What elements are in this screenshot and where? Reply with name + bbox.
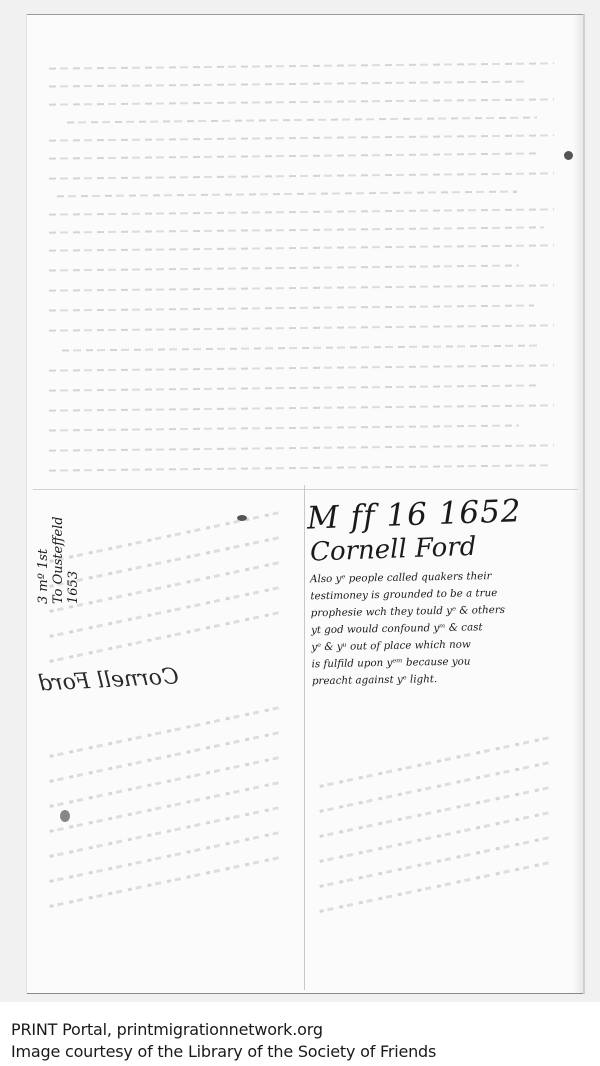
fold-crease-horizontal <box>33 489 578 490</box>
mirror-line <box>49 610 284 663</box>
ink-blot <box>564 151 573 160</box>
docket-line: preacht against yᵉ light. <box>312 669 573 691</box>
mirror-line <box>319 735 554 788</box>
scanned-manuscript-area: 3 mº 1st To Ousteffeld 1653 Cornell Ford… <box>0 0 600 1002</box>
mirror-line <box>49 535 284 588</box>
mirror-line <box>319 835 554 888</box>
mirror-line <box>319 785 554 838</box>
mirror-line <box>49 780 284 833</box>
margin-endorsement: 3 mº 1st To Ousteffeld 1653 <box>36 454 76 604</box>
caption-source: PRINT Portal, printmigrationnetwork.org <box>11 1019 591 1041</box>
mirror-line <box>49 585 284 638</box>
image-caption: PRINT Portal, printmigrationnetwork.org … <box>11 1019 591 1063</box>
docket-inscription: M ff 16 1652 Cornell Ford Also yᵉ people… <box>307 497 572 688</box>
fold-crease-vertical <box>304 485 305 990</box>
mirror-line <box>49 560 284 613</box>
mirror-line <box>319 810 554 863</box>
ink-blot <box>60 810 70 822</box>
mirror-line <box>49 855 284 908</box>
mirror-line <box>49 705 284 758</box>
mirror-line <box>49 755 284 808</box>
docket-body: Also yᵉ people called quakers their test… <box>310 567 573 691</box>
mirror-line <box>319 760 554 813</box>
mirror-line <box>49 510 284 563</box>
mirror-line <box>49 805 284 858</box>
margin-note-line: 1653 <box>66 454 81 604</box>
ink-blot <box>237 515 247 521</box>
caption-credit: Image courtesy of the Library of the Soc… <box>11 1041 591 1063</box>
margin-note-line: 3 mº 1st <box>36 454 51 604</box>
mirror-line <box>319 860 554 913</box>
mirror-line <box>49 730 284 783</box>
mirror-line <box>49 830 284 883</box>
margin-note-line: To Ousteffeld <box>51 454 66 604</box>
